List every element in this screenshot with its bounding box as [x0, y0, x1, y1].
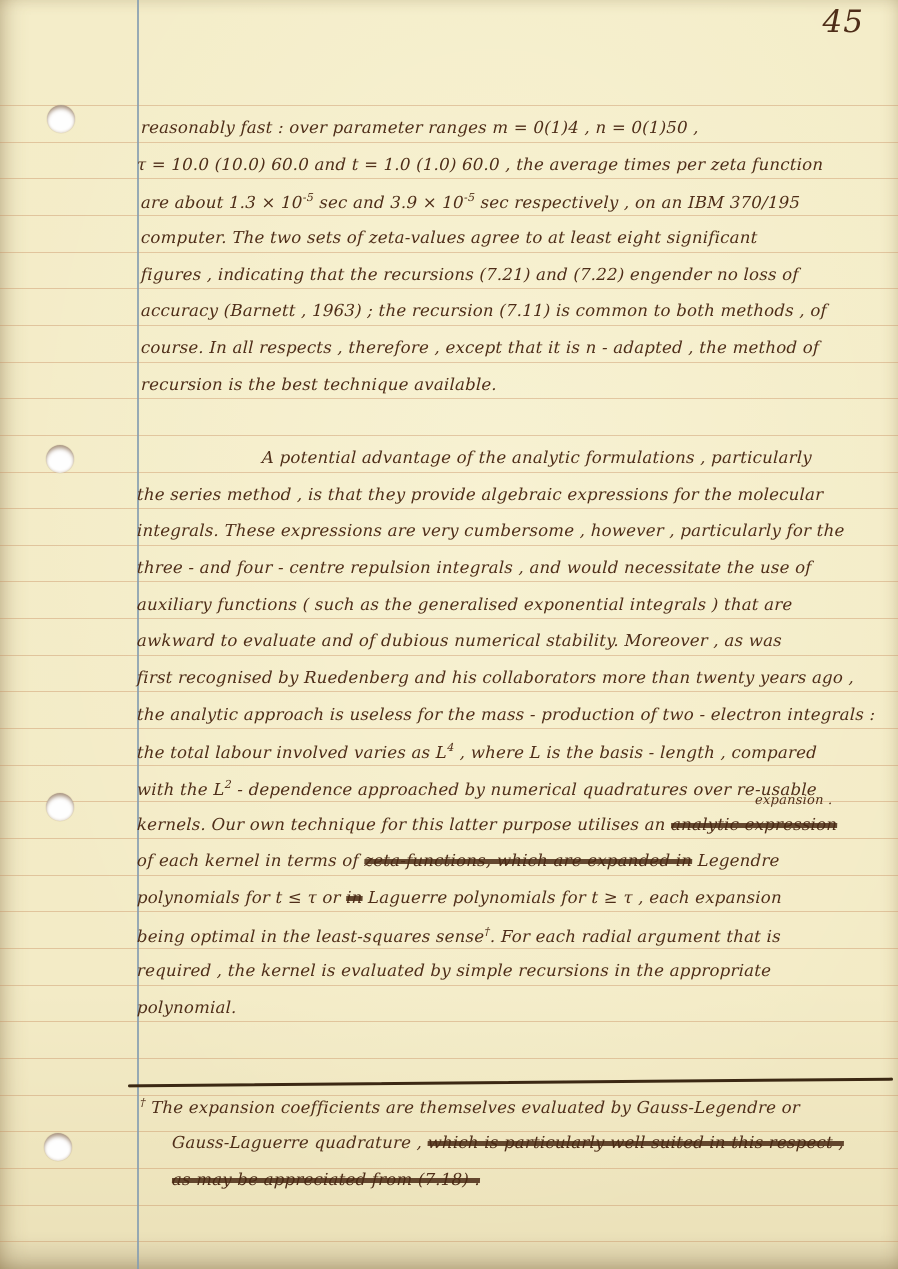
handwriting-text: are about 1.3 × 10 — [141, 193, 303, 212]
ruled-line — [0, 1168, 898, 1169]
handwriting-line: awkward to evaluate and of dubious numer… — [137, 631, 783, 650]
handwriting-text: the series method , is that they provide… — [137, 485, 824, 504]
ruled-line — [0, 325, 898, 326]
handwriting-text: τ = 10.0 (10.0) 60.0 and t = 1.0 (1.0) 6… — [137, 155, 824, 174]
handwriting-line: the total labour involved varies as L4 ,… — [137, 741, 818, 762]
handwriting-line: being optimal in the least-squares sense… — [137, 925, 782, 946]
struck-out-text: as may be appreciated from (7.18) . — [172, 1170, 481, 1189]
handwriting-text: kernels. Our own technique for this latt… — [137, 815, 672, 834]
handwriting-line: the analytic approach is useless for the… — [137, 705, 876, 724]
ruled-line — [0, 1241, 898, 1242]
hole-punch — [46, 793, 74, 821]
handwriting-line: polynomial. — [137, 998, 237, 1017]
handwriting-line: first recognised by Ruedenberg and his c… — [137, 668, 855, 687]
handwriting-text: sec respectively , on an IBM 370/195 — [475, 193, 801, 212]
ruled-line — [0, 288, 898, 289]
handwriting-text: the total labour involved varies as L — [137, 743, 448, 762]
ruled-line — [0, 472, 898, 473]
hole-punch — [47, 105, 75, 133]
footnote-separator — [128, 1078, 893, 1087]
handwriting-text: integrals. These expressions are very cu… — [137, 521, 845, 540]
handwriting-text: Legendre — [692, 851, 780, 870]
ruled-line — [0, 178, 898, 179]
handwriting-text: computer. The two sets of zeta-values ag… — [141, 228, 758, 247]
handwriting-text: first recognised by Ruedenberg and his c… — [137, 668, 855, 687]
handwriting-text: Laguerre polynomials for t ≥ τ , each ex… — [362, 888, 782, 907]
handwriting-line: auxiliary functions ( such as the genera… — [137, 595, 793, 614]
handwriting-text: auxiliary functions ( such as the genera… — [137, 595, 793, 614]
handwriting-text: - dependence approached by numerical qua… — [232, 780, 818, 799]
handwriting-line: expansion . — [755, 793, 833, 808]
ruled-line — [0, 215, 898, 216]
ruled-line — [0, 362, 898, 363]
handwriting-line: of each kernel in terms of zeta-function… — [137, 851, 780, 870]
struck-out-text: analytic expression — [671, 815, 838, 834]
handwriting-line: Gauss-Laguerre quadrature , which is par… — [172, 1133, 845, 1152]
handwriting-line: polynomials for t ≤ τ or in Laguerre pol… — [137, 888, 783, 907]
handwriting-text: The expansion coefficients are themselve… — [145, 1098, 800, 1117]
handwriting-line: A potential advantage of the analytic fo… — [262, 448, 813, 467]
handwriting-line: three - and four - centre repulsion inte… — [137, 558, 812, 577]
ruled-line — [0, 691, 898, 692]
handwriting-text: three - and four - centre repulsion inte… — [137, 558, 812, 577]
struck-out-text: zeta-functions, which are expanded in — [364, 851, 692, 870]
handwriting-line: as may be appreciated from (7.18) . — [172, 1170, 481, 1189]
ruled-line — [0, 875, 898, 876]
ruled-line — [0, 655, 898, 656]
handwriting-text: accuracy (Barnett , 1963) ; the recursio… — [141, 301, 828, 320]
handwriting-text: Gauss-Laguerre quadrature , — [172, 1133, 428, 1152]
handwriting-line: the series method , is that they provide… — [137, 485, 824, 504]
struck-out-text: which is particularly well suited in thi… — [427, 1133, 844, 1152]
handwriting-line: required , the kernel is evaluated by si… — [137, 961, 772, 980]
handwriting-line: are about 1.3 × 10-5 sec and 3.9 × 10-5 … — [141, 191, 801, 212]
ruled-line — [0, 948, 898, 949]
handwriting-line: accuracy (Barnett , 1963) ; the recursio… — [141, 301, 828, 320]
hole-punch — [44, 1133, 72, 1161]
ruled-line — [0, 1205, 898, 1206]
hole-punch — [46, 445, 74, 473]
page-number: 45 — [823, 4, 864, 40]
ruled-line — [0, 838, 898, 839]
handwriting-text: reasonably fast : over parameter ranges … — [141, 118, 699, 137]
handwriting-text: recursion is the best technique availabl… — [141, 375, 498, 394]
handwriting-text: polynomial. — [137, 998, 237, 1017]
ruled-line — [0, 398, 898, 399]
handwriting-text: sec and 3.9 × 10 — [313, 193, 464, 212]
handwriting-text: -5 — [464, 191, 476, 204]
handwriting-line: figures , indicating that the recursions… — [141, 265, 799, 284]
handwriting-text: with the L — [137, 780, 225, 799]
handwriting-text: polynomials for t ≤ τ or — [137, 888, 347, 907]
ruled-line — [0, 985, 898, 986]
handwriting-line: reasonably fast : over parameter ranges … — [141, 118, 699, 137]
handwriting-text: being optimal in the least-squares sense — [137, 927, 485, 946]
handwriting-line: computer. The two sets of zeta-values ag… — [141, 228, 758, 247]
ruled-line — [0, 581, 898, 582]
handwriting-line: † The expansion coefficients are themsel… — [140, 1096, 801, 1117]
handwriting-text: the analytic approach is useless for the… — [137, 705, 876, 724]
handwriting-text: A potential advantage of the analytic fo… — [262, 448, 813, 467]
ruled-line — [0, 911, 898, 912]
handwriting-text: , where L is the basis - length , compar… — [454, 743, 817, 762]
handwriting-text: . For each radial argument that is — [490, 927, 781, 946]
handwriting-text: required , the kernel is evaluated by si… — [137, 961, 772, 980]
ruled-line — [0, 1058, 898, 1059]
ruled-line — [0, 105, 898, 106]
ruled-line — [0, 1021, 898, 1022]
notebook-page: 45 reasonably fast : over parameter rang… — [0, 0, 898, 1269]
ruled-line — [0, 508, 898, 509]
handwriting-line: recursion is the best technique availabl… — [141, 375, 498, 394]
ruled-line — [0, 545, 898, 546]
handwriting-text: figures , indicating that the recursions… — [141, 265, 799, 284]
ruled-line — [0, 728, 898, 729]
handwriting-text: -5 — [303, 191, 315, 204]
struck-out-text: in — [346, 888, 363, 907]
handwriting-line: kernels. Our own technique for this latt… — [137, 815, 838, 834]
handwriting-line: with the L2 - dependence approached by n… — [137, 778, 818, 799]
handwriting-line: τ = 10.0 (10.0) 60.0 and t = 1.0 (1.0) 6… — [137, 155, 824, 174]
ruled-line — [0, 765, 898, 766]
handwriting-text: of each kernel in terms of — [137, 851, 365, 870]
ruled-line — [0, 142, 898, 143]
handwriting-text: expansion . — [755, 793, 833, 808]
handwriting-text: awkward to evaluate and of dubious numer… — [137, 631, 783, 650]
ruled-line — [0, 618, 898, 619]
handwriting-line: course. In all respects , therefore , ex… — [141, 338, 820, 357]
ruled-line — [0, 435, 898, 436]
handwriting-text: course. In all respects , therefore , ex… — [141, 338, 820, 357]
ruled-line — [0, 252, 898, 253]
handwriting-line: integrals. These expressions are very cu… — [137, 521, 845, 540]
